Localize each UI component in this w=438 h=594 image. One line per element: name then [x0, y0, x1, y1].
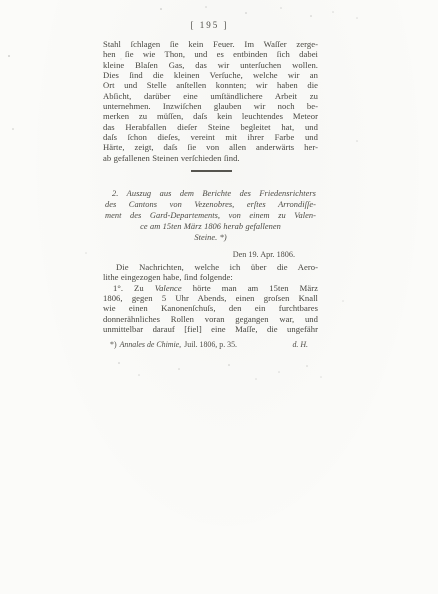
text-line: Ort und Stelle anſtellen konnten; wir ha… [103, 80, 318, 90]
text-line: unternehmen. Inzwiſchen glauben wir noch… [103, 101, 318, 111]
text-line: Härte, zeigt, daſs ſie von allen anderwä… [103, 142, 318, 152]
heading-line: ment des Gard-Departements, von einem zu… [105, 210, 316, 221]
text-line: merken zu müſſen, daſs kein leuchtendes … [103, 111, 318, 121]
text-line: 1806, gegen 5 Uhr Abends, einen groſsen … [103, 293, 318, 303]
heading-line: ce am 15ten März 1806 herab gefallenen [105, 221, 316, 232]
footnote-citation-detail: Juil. 1806, p. 35. [184, 340, 237, 349]
editor-initials: d. H. [292, 340, 308, 349]
heading-line: des Cantons von Vezenobres, erſtes Arron… [105, 199, 316, 210]
text-line: Stahl ſchlagen ſie kein Feuer. Im Waſſer… [103, 39, 318, 49]
footnote: *) Annales de Chimie, Juil. 1806, p. 35.… [110, 340, 308, 349]
list-item-number: 1°. Zu [113, 283, 155, 293]
text-line: daſs ſchon dieſes, vereint mit ihrer Far… [103, 132, 318, 142]
section-divider-rule [191, 170, 232, 172]
footnote-marker: *) [110, 340, 117, 349]
footnote-source-italic: Annales de Chimie, [120, 340, 182, 349]
paragraph-2: Die Nachrichten, welche ich über die Aer… [103, 262, 318, 334]
text-line: unmittelbar darauf [fiel] eine Maſſe, di… [103, 324, 318, 334]
text-line: wie einen Kanonenſchuſs, den ein furchtb… [103, 303, 318, 313]
text-line: hen ſie wie Thon, und es entbinden ſich … [103, 49, 318, 59]
text-line: Abſicht, darüber eine umſtändlichere Arb… [103, 91, 318, 101]
text-fragment: hörte man am 15ten März [182, 283, 318, 293]
text-line: ab gefallenen Steinen verſchieden ſind. [103, 153, 318, 163]
heading-line: 2. Auszug aus dem Berichte des Friedensr… [105, 188, 316, 199]
page-number: [ 195 ] [103, 20, 316, 30]
scanned-journal-page: [ 195 ] Stahl ſchlagen ſie kein Feuer. I… [0, 0, 438, 594]
text-line: kleine Blaſen Gas, das wir unterſuchen w… [103, 60, 318, 70]
place-name-italic: Valence [155, 283, 182, 293]
text-line: Dies ſind die kleinen Verſuche, welche w… [103, 70, 318, 80]
text-line: lithe eingezogen habe, ſind folgende: [103, 272, 318, 282]
paragraph-1: Stahl ſchlagen ſie kein Feuer. Im Waſſer… [103, 39, 318, 163]
heading-line-footnote-ref: Steine. *) [105, 232, 316, 243]
article-heading: 2. Auszug aus dem Berichte des Friedensr… [105, 188, 316, 243]
text-line: 1°. Zu Valence hörte man am 15ten März [103, 283, 318, 293]
text-line: Die Nachrichten, welche ich über die Aer… [103, 262, 318, 272]
dateline: Den 19. Apr. 1806. [103, 250, 295, 259]
text-line: das Herabfallen dieſer Steine begleitet … [103, 122, 318, 132]
text-line: donnerähnliches Rollen voran gegangen wa… [103, 314, 318, 324]
